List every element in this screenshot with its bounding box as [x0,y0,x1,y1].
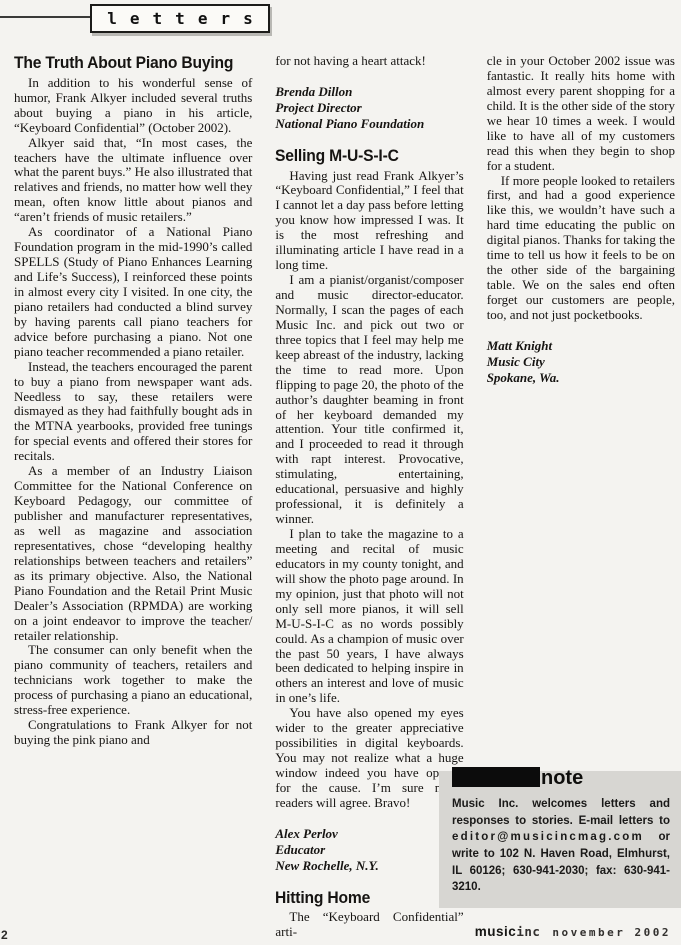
letter-heading-piano-buying: The Truth About Piano Buying [14,54,252,72]
paragraph: I am a pianist/organist/composer and mus… [275,273,463,527]
paragraph: for not having a heart attack! [275,54,463,69]
paragraph: Alkyer said that, “In most cases, the te… [14,136,252,226]
section-title-box: letters [90,4,270,33]
brand-logo-inc: inc [516,924,540,939]
editors-note-box: note Music Inc. welcomes letters and res… [439,771,681,908]
paragraph: Instead, the teachers encouraged the par… [14,360,252,465]
paragraph: As coordinator of a National Piano Found… [14,225,252,359]
magazine-page: letters The Truth About Piano Buying In … [0,0,681,945]
masthead-rule [0,16,90,18]
section-title: letters [94,9,265,28]
signature-block: Alex Perlov Educator New Rochelle, N.Y. [275,826,463,875]
signature-title: Project Director [275,100,463,116]
paragraph: I plan to take the magazine to a meeting… [275,527,463,706]
letter-heading-hitting-home: Hitting Home [275,889,463,907]
paragraph: If more people looked to retailers first… [487,174,675,323]
paragraph: Congratulations to Frank Alkyer for not … [14,718,252,748]
signature-org: New Rochelle, N.Y. [275,858,463,874]
paragraph: The consumer can only benefit when the p… [14,643,252,718]
signature-org: Spokane, Wa. [487,370,675,386]
signature-block: Brenda Dillon Project Director National … [275,84,463,133]
note-email: editor@musicincmag.com [452,831,644,843]
note-body-text: Music Inc. welcomes letters and response… [452,798,670,827]
note-header: note [452,767,670,790]
issue-date: november 2002 [552,926,671,939]
page-number: 2 [1,928,8,942]
note-body: Music Inc. welcomes letters and response… [452,796,670,896]
signature-name: Matt Knight [487,338,675,354]
paragraph: Having just read Frank Alkyer’s “Keyboar… [275,169,463,274]
paragraph: You have also opened my eyes wider to th… [275,706,463,811]
paragraph: As a member of an Industry Liaison Commi… [14,464,252,643]
column-2: for not having a heart attack! Brenda Di… [275,54,463,927]
footer-brand: musicincnovember 2002 [475,923,671,941]
paragraph: The “Keyboard Confidential” arti- [275,910,463,940]
signature-org: National Piano Foundation [275,116,463,132]
paragraph: In addition to his wonderful sense of hu… [14,76,252,136]
column-1: The Truth About Piano Buying In addition… [14,54,252,927]
note-title: note [541,767,583,789]
brand-logo-music: music [475,924,517,939]
signature-name: Alex Perlov [275,826,463,842]
signature-block: Matt Knight Music City Spokane, Wa. [487,338,675,387]
paragraph: cle in your October 2002 issue was fanta… [487,54,675,174]
signature-name: Brenda Dillon [275,84,463,100]
letter-heading-selling-music: Selling M-U-S-I-C [275,147,463,165]
signature-title: Music City [487,354,675,370]
redacted-block [452,767,540,787]
signature-title: Educator [275,842,463,858]
